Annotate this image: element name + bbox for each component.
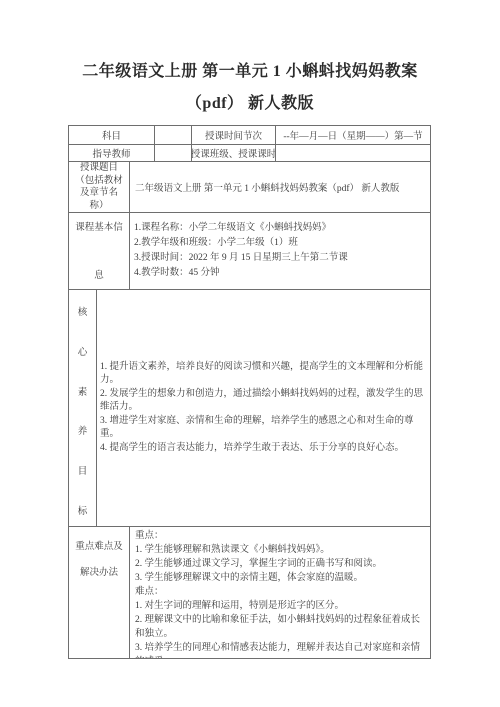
key-difficult-line: 3. 培养学生的同理心和情感表达能力，理解并表达自己对家庭和亲情的感受。 [135,641,424,658]
cell-class-value [275,145,430,161]
key-difficult-line: 2. 学生能够通过课文学习，掌握生字词的正确书写和阅读。 [135,557,424,571]
row-core-competency: 核 心 素 养 目 标 1. 提升语文素养，培养良好的阅读习惯和兴趣，提高学生的… [69,289,430,526]
cell-class-label: 授课班级、授课课时 [191,145,275,161]
cell-topic-label: 授课题目 （包括教材 及章节名 称） [69,162,129,212]
course-info-line: 4.教学时数：45 分钟 [134,266,426,281]
row-subject-time: 科目 授课时间节次 --年—月—日（星期——）第—节 [69,126,430,144]
course-info-label-line: 课程基本信 [75,219,123,233]
cell-subject-label: 科目 [69,126,154,144]
cell-key-difficult-content: 重点： 1. 学生能够理解和熟读课文《小蝌蚪找妈妈》。 2. 学生能够通过课文学… [129,527,430,658]
key-difficult-line: 2. 理解课文中的比喻和象征手法，如小蝌蚪找妈妈的过程象征着成长和独立。 [135,613,424,641]
cell-topic-content: 二年级语文上册 第一单元 1 小蝌蚪找妈妈教案（pdf） 新人教版 [129,162,430,212]
course-info-line: 3.授课时间：2022 年 9 月 15 日星期三上午第二节课 [134,251,426,266]
key-difficult-line: 难点： [135,585,424,599]
row-key-difficult: 重点难点及 解决办法 重点： 1. 学生能够理解和熟读课文《小蝌蚪找妈妈》。 2… [69,526,430,658]
row-teacher-class: 指导教师 授课班级、授课课时 [69,144,430,161]
cell-subject-value [154,126,191,144]
topic-label-line: 授课题目 [80,162,118,175]
core-competency-label-char: 目 [78,463,88,477]
cell-core-competency-label: 核 心 素 养 目 标 [69,290,96,526]
cell-core-competency-content: 1. 提升语文素养，培养良好的阅读习惯和兴趣，提高学生的文本理解和分析能力。 2… [96,290,430,526]
core-competency-item: 1. 提升语文素养，培养良好的阅读习惯和兴趣，提高学生的文本理解和分析能力。 [100,361,425,388]
core-competency-label-char: 心 [78,344,88,358]
topic-label-line: 称） [89,200,108,213]
cell-course-info-content: 1.课程名称：小学二年级语文《小蝌蚪找妈妈》 2.教学年级和班级：小学二年级（1… [129,213,430,289]
core-competency-label-char: 素 [78,384,88,398]
cell-course-info-label: 课程基本信 息 [69,213,129,289]
course-info-line: 2.教学年级和班级：小学二年级（1）班 [134,236,426,251]
key-difficult-line: 3. 学生能够理解课文中的亲情主题，体会家庭的温暖。 [135,571,424,585]
key-difficult-line: 1. 学生能够理解和熟读课文《小蝌蚪找妈妈》。 [135,543,424,557]
key-difficult-label-line: 重点难点及 [75,534,123,560]
cell-key-difficult-label: 重点难点及 解决办法 [69,527,129,658]
cell-time-value: --年—月—日（星期——）第—节 [275,126,430,144]
topic-label-line: 及章节名 [80,187,118,200]
topic-label-line: （包括教材 [75,175,123,188]
cell-time-label: 授课时间节次 [191,126,275,144]
key-difficult-line: 1. 对生字词的理解和运用，特别是形近字的区分。 [135,599,424,613]
core-competency-item: 2. 发展学生的想象力和创造力，通过描绘小蝌蚪找妈妈的过程，激发学生的思维活力。 [100,388,425,415]
core-competency-item: 3. 增进学生对家庭、亲情和生命的理解，培养学生的感恩之心和对生命的尊重。 [100,415,425,442]
course-info-label-line: 息 [94,267,104,281]
core-competency-label-char: 标 [78,503,88,517]
row-topic: 授课题目 （包括教材 及章节名 称） 二年级语文上册 第一单元 1 小蝌蚪找妈妈… [69,161,430,212]
cell-teacher-label: 指导教师 [69,145,154,161]
row-course-info: 课程基本信 息 1.课程名称：小学二年级语文《小蝌蚪找妈妈》 2.教学年级和班级… [69,212,430,289]
key-difficult-label-line: 解决办法 [80,560,118,586]
topic-content-text: 二年级语文上册 第一单元 1 小蝌蚪找妈妈教案（pdf） 新人教版 [135,180,399,194]
document-page: 二年级语文上册 第一单元 1 小蝌蚪找妈妈教案 （pdf） 新人教版 科目 授课… [0,0,500,707]
lesson-plan-table: 科目 授课时间节次 --年—月—日（星期——）第—节 指导教师 授课班级、授课课… [68,125,431,659]
key-difficult-line: 重点： [135,529,424,543]
doc-title-line1: 二年级语文上册 第一单元 1 小蝌蚪找妈妈教案 [0,56,500,88]
course-info-line: 1.课程名称：小学二年级语文《小蝌蚪找妈妈》 [134,221,426,236]
core-competency-label-char: 核 [78,304,88,318]
doc-title-line2: （pdf） 新人教版 [0,88,500,120]
core-competency-label-char: 养 [78,423,88,437]
core-competency-item: 4. 提高学生的语言表达能力，培养学生敢于表达、乐于分享的良好心态。 [100,442,425,456]
doc-title: 二年级语文上册 第一单元 1 小蝌蚪找妈妈教案 （pdf） 新人教版 [0,56,500,120]
cell-teacher-value [154,145,191,161]
